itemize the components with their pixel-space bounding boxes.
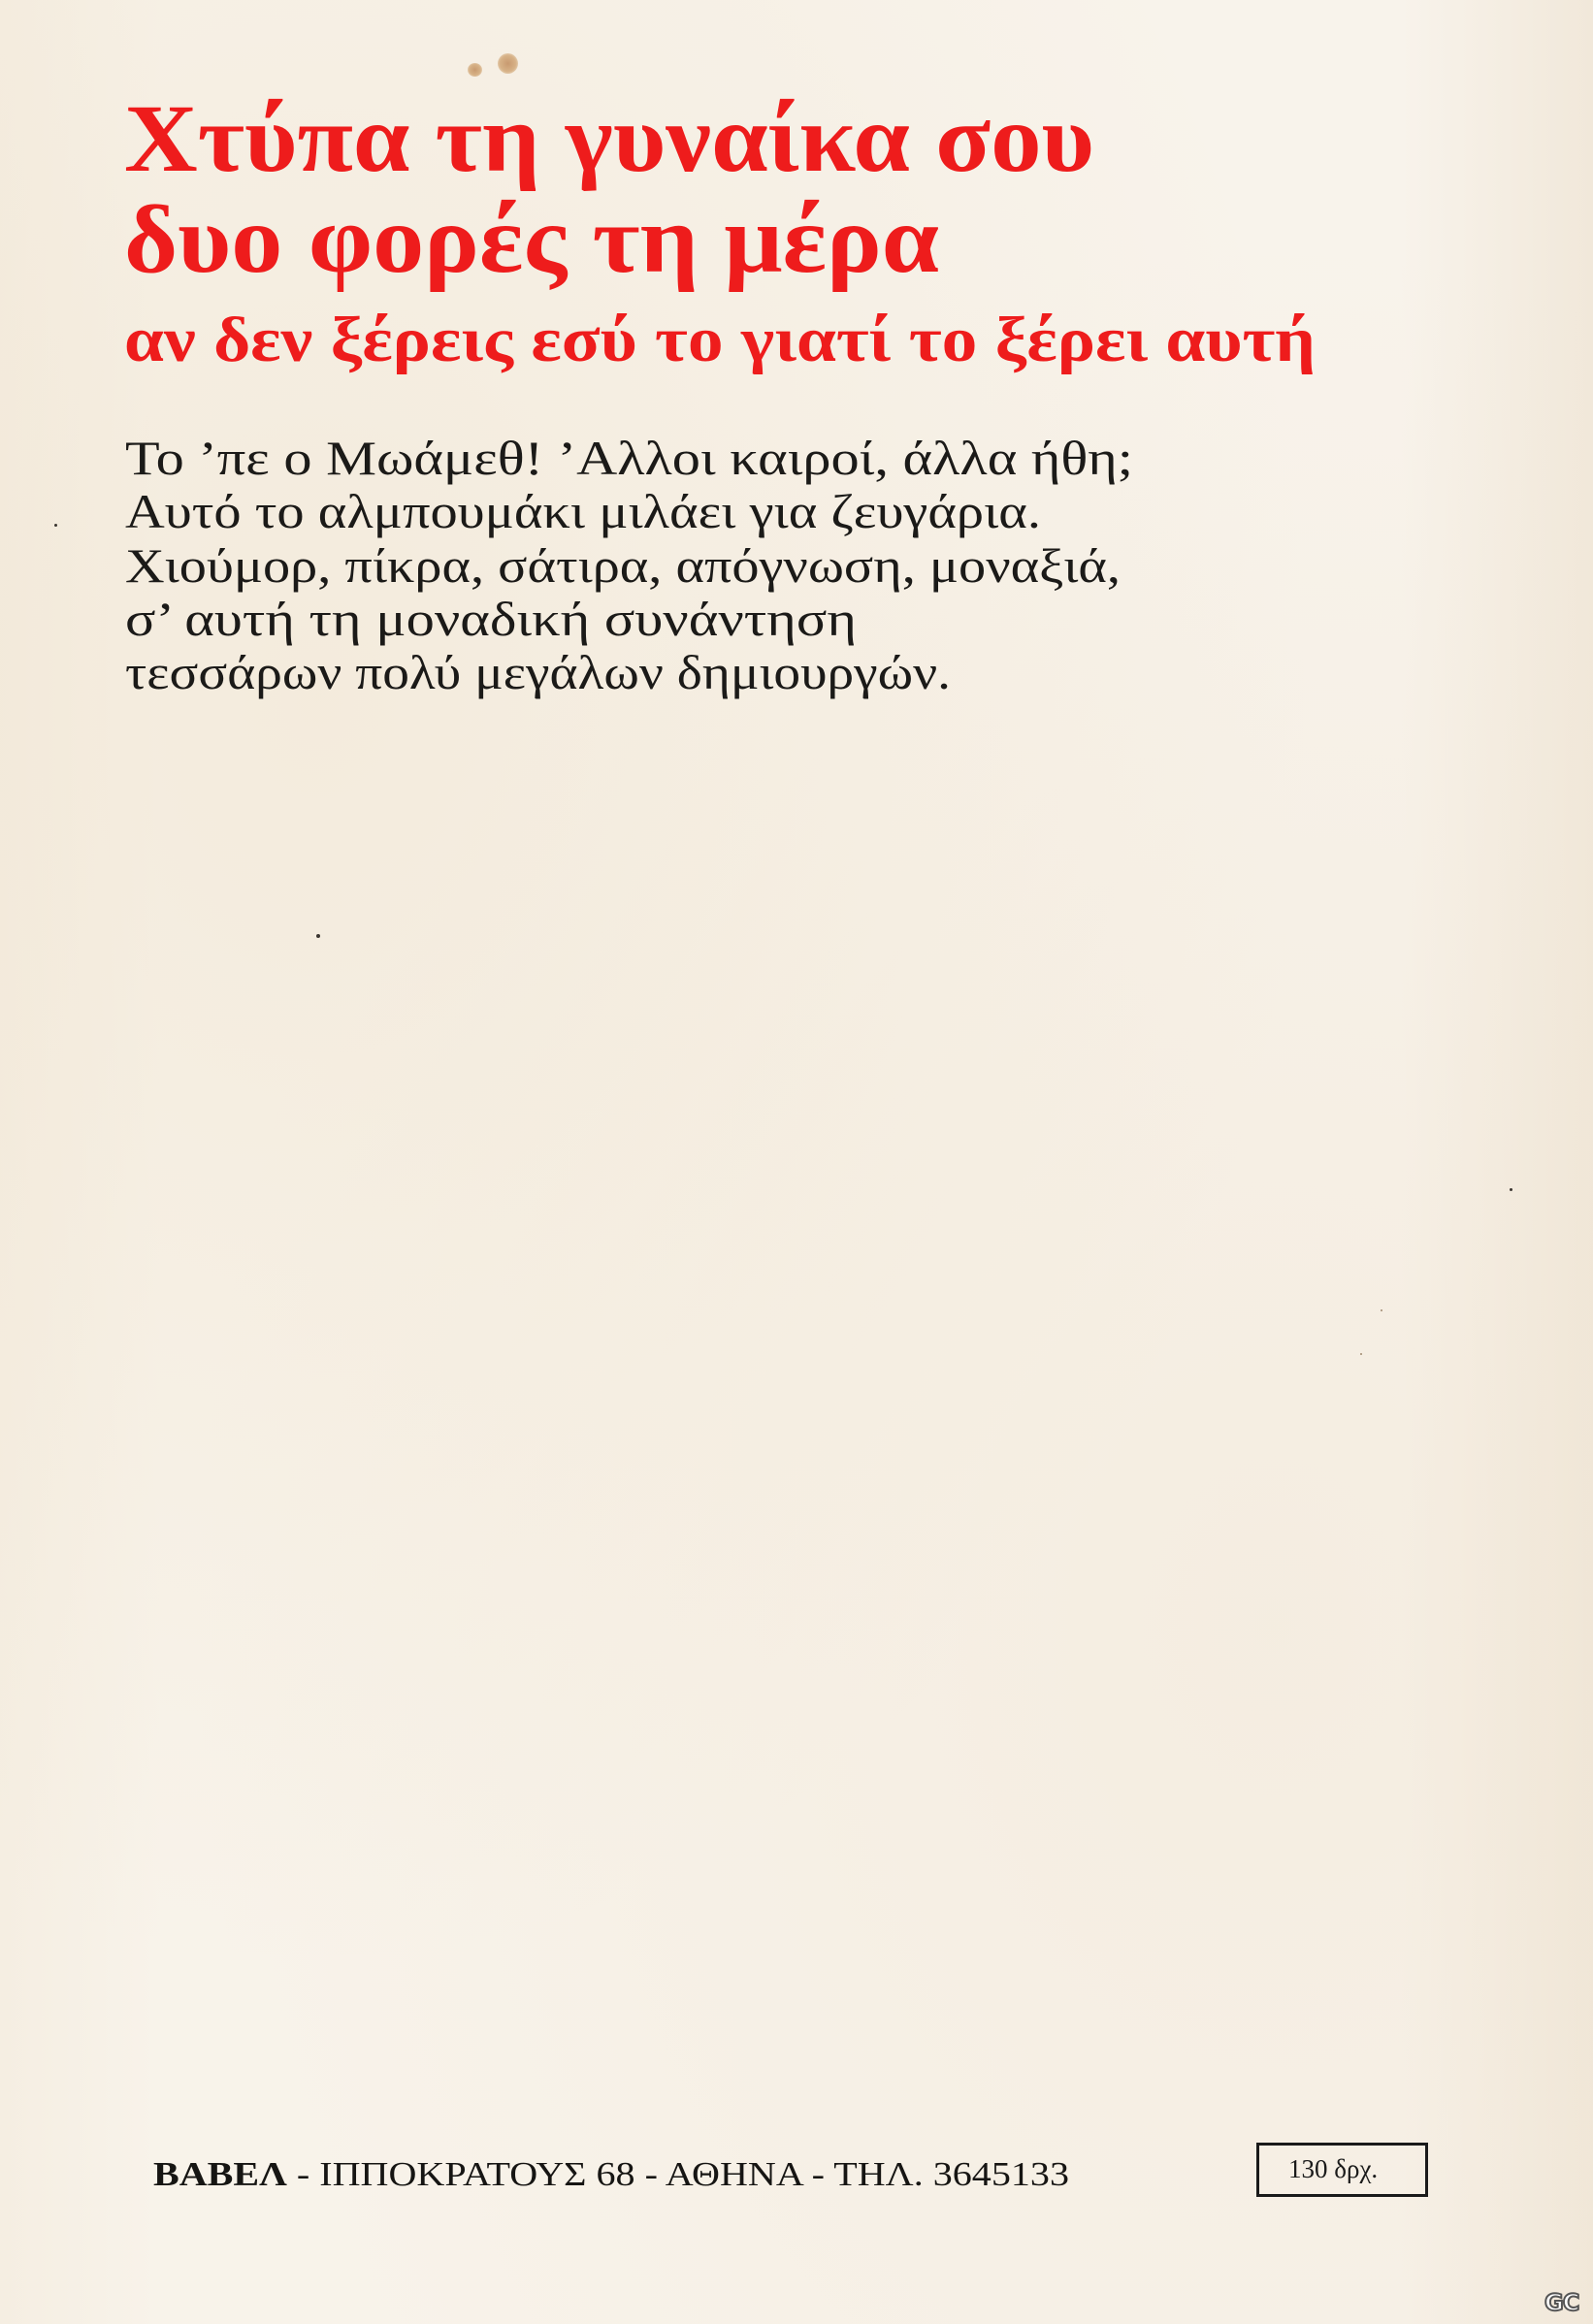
blurb-line-5: τεσσάρων πολύ μεγάλων δημιουργών. [125, 648, 951, 696]
blurb-line-4: σ’ αυτή τη μοναδική συνάντηση [125, 595, 857, 643]
publisher-address: - ΙΠΠΟΚΡΑΤΟΥΣ 68 - ΑΘΗΝΑ - ΤΗΛ. 3645133 [287, 2155, 1069, 2193]
price-box: 130 δρχ. [1256, 2143, 1428, 2197]
title-line-1: Χτύπα τη γυναίκα σου [124, 90, 1094, 187]
blurb-line-2: Αυτό το αλμπουμάκι μιλάει για ζευγάρια. [125, 487, 1041, 535]
paper-speck [1510, 1188, 1512, 1191]
price-label: 130 δρχ. [1288, 2154, 1378, 2184]
subtitle: αν δεν ξέρεις εσύ το γιατί το ξέρει αυτή [124, 308, 1316, 372]
title-line-2: δυο φορές τη μέρα [124, 191, 939, 288]
paper-speck [54, 524, 57, 527]
publisher-name: ΒΑΒΕΛ [153, 2155, 287, 2193]
publisher-footer: ΒΑΒΕΛ - ΙΠΠΟΚΡΑΤΟΥΣ 68 - ΑΘΗΝΑ - ΤΗΛ. 36… [153, 2157, 1069, 2191]
paper-stain [468, 63, 482, 77]
watermark-logo: GC [1544, 2289, 1578, 2316]
book-back-cover: Χτύπα τη γυναίκα σου δυο φορές τη μέρα α… [0, 0, 1593, 2324]
blurb-line-1: Το ’πε ο Μωάμεθ! ’Αλλοι καιροί, άλλα ήθη… [125, 434, 1133, 482]
paper-speck [1381, 1309, 1382, 1311]
paper-speck [316, 934, 320, 938]
paper-speck [1360, 1353, 1362, 1355]
paper-stain [498, 53, 518, 74]
blurb-line-3: Χιούμορ, πίκρα, σάτιρα, απόγνωση, μοναξι… [125, 541, 1121, 590]
